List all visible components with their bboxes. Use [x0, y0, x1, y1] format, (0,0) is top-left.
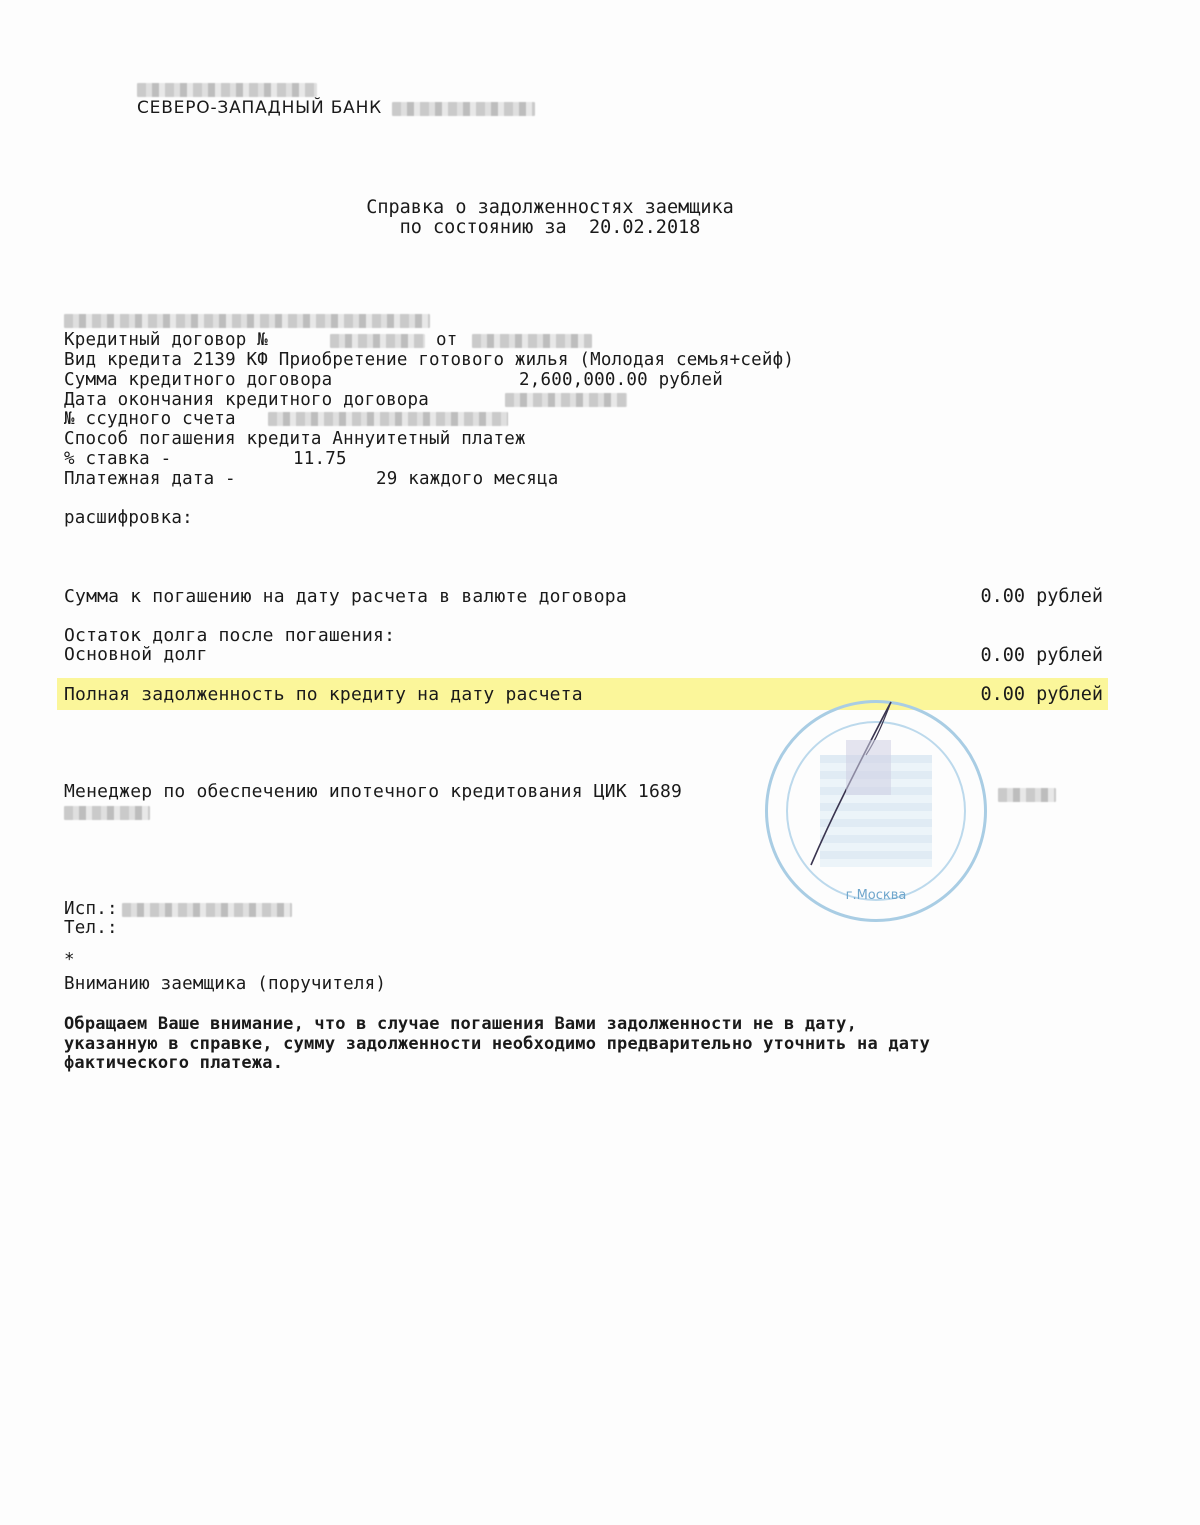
- principal-value: 0.00 рублей: [980, 646, 1103, 666]
- credit-type-value: 2139 КФ Приобретение готового жилья (Мол…: [193, 350, 794, 370]
- redacted-manager-initials: [998, 788, 1056, 802]
- due-amount-label: Сумма к погашению на дату расчета в валю…: [64, 587, 627, 607]
- due-amount-value: 0.00 рублей: [980, 587, 1103, 607]
- as-of-date: 20.02.2018: [589, 217, 700, 238]
- notice-line-3: фактического платежа.: [64, 1053, 283, 1073]
- breakdown-label: расшифровка:: [64, 508, 193, 528]
- total-debt-label: Полная задолженность по кредиту на дату …: [64, 685, 583, 705]
- amount-value: 2,600,000.00 рублей: [519, 370, 723, 390]
- redacted-bank-branch: [392, 102, 535, 116]
- repayment-value: Аннуитетный платеж: [332, 429, 525, 449]
- manager-title: Менеджер по обеспечению ипотечного креди…: [64, 782, 682, 802]
- notice-heading: Вниманию заемщика (поручителя): [64, 974, 386, 994]
- end-date-label: Дата окончания кредитного договора: [64, 390, 429, 410]
- bank-region: СЕВЕРО-ЗАПАДНЫЙ БАНК: [137, 98, 382, 118]
- payment-date-value: 29 каждого месяца: [376, 469, 559, 489]
- account-label: № ссудного счета: [64, 409, 236, 429]
- redacted-bank-name: [137, 83, 317, 97]
- redacted-contract-date: [472, 334, 592, 348]
- principal-label: Основной долг: [64, 645, 207, 665]
- rate-value: 11.75: [293, 449, 347, 469]
- redacted-contract-number: [330, 334, 425, 348]
- as-of-label: по состоянию за: [400, 217, 567, 238]
- rate-label: % ставка -: [64, 449, 171, 469]
- contract-from-label: от: [436, 330, 457, 350]
- document-subtitle: по состоянию за 20.02.2018: [0, 218, 1100, 238]
- redacted-borrower-name: [64, 314, 430, 328]
- executor-label: Исп.:: [64, 899, 118, 919]
- redacted-account-number: [268, 412, 508, 426]
- redacted-manager-name: [64, 806, 150, 820]
- phone-label: Тел.:: [64, 918, 118, 938]
- repayment-row: Способ погашения кредита Аннуитетный пла…: [64, 429, 526, 449]
- stamp-city: г.Москва: [768, 888, 984, 903]
- total-debt-value: 0.00 рублей: [980, 685, 1103, 705]
- repayment-label: Способ погашения кредита: [64, 429, 322, 449]
- remaining-debt-label: Остаток долга после погашения:: [64, 626, 395, 646]
- redacted-end-date: [505, 393, 627, 407]
- notice-line-1: Обращаем Ваше внимание, что в случае пог…: [64, 1014, 857, 1034]
- signature-icon: [806, 700, 906, 870]
- notice-line-2: указанную в справке, сумму задолженности…: [64, 1034, 930, 1054]
- credit-type-row: Вид кредита 2139 КФ Приобретение готовог…: [64, 350, 794, 370]
- contract-label: Кредитный договор №: [64, 330, 268, 350]
- notice-asterisk: *: [64, 950, 75, 970]
- payment-date-label: Платежная дата -: [64, 469, 236, 489]
- credit-type-label: Вид кредита: [64, 350, 182, 370]
- document-page: СЕВЕРО-ЗАПАДНЫЙ БАНК Справка о задолженн…: [0, 0, 1200, 1525]
- amount-label: Сумма кредитного договора: [64, 370, 332, 390]
- redacted-executor-name: [122, 903, 292, 917]
- document-title: Справка о задолженностях заемщика: [0, 198, 1100, 218]
